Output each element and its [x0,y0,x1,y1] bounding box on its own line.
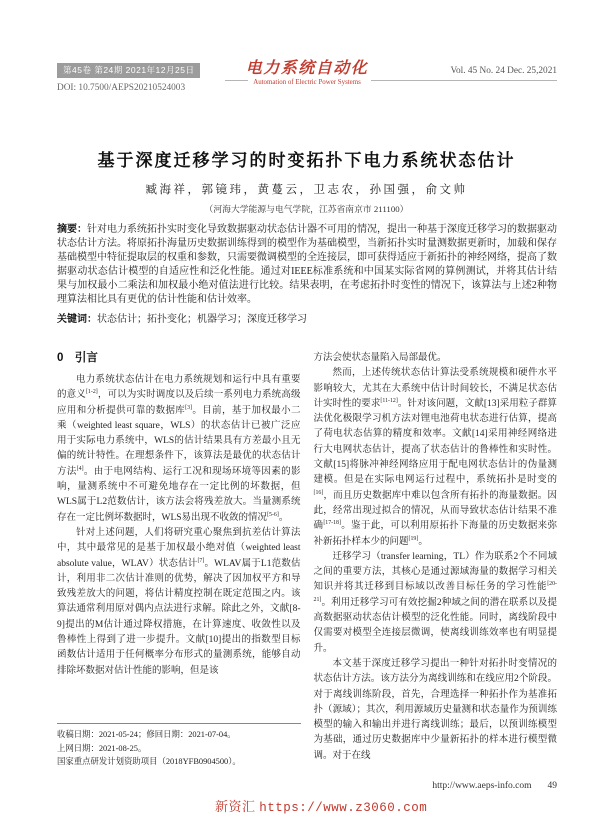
body-paragraph: 方法会使状态量陷入局部最优。 [314,351,558,366]
issue-box: 第45卷 第24期 2021年12月25日 [57,63,200,78]
abstract-label: 摘要： [57,224,87,235]
page-footer: http://www.aeps-info.com49 [426,781,557,791]
received-date: 收稿日期：2021-05-24；修回日期：2021-07-04。 [57,728,301,742]
abstract-text: 针对电力系统拓扑实时变化导致数据驱动状态估计器不可用的情况，提出一种基于深度迁移… [57,224,557,305]
body-paragraph: 迁移学习（transfer learning，TL）作为联系2个不同域之间的重要… [314,550,558,657]
abstract-block: 摘要：针对电力系统拓扑实时变化导致数据驱动状态估计器不可用的情况，提出一种基于深… [57,223,557,327]
body-paragraph: 本文基于深度迁移学习提出一种针对拓扑时变情况的状态估计方法。该方法分为离线训练和… [314,657,558,764]
header-rule-right [371,80,557,81]
online-date: 上网日期：2021-08-25。 [57,742,301,756]
body-columns: 0 引言 电力系统状态估计在电力系统规划和运行中具有重要的意义[1-2]，可以为… [57,351,557,764]
keywords-text: 状态估计；拓扑变化；机器学习；深度迁移学习 [97,314,307,325]
page-number: 49 [548,781,558,791]
journal-header: 第45卷 第24期 2021年12月25日 DOI: 10.7500/AEPS2… [57,60,557,100]
author-list: 臧海祥，郭镜玮，黄蔓云，卫志农，孙国强，俞文帅 [0,181,613,197]
article-title: 基于深度迁移学习的时变拓扑下电力系统状态估计 [0,146,613,171]
body-paragraph: 电力系统状态估计在电力系统规划和运行中具有重要的意义[1-2]，可以为实时调度以… [57,373,301,526]
body-paragraph: 针对上述问题，人们将研究重心聚焦到抗差估计算法中，其中最常见的是基于加权最小绝对… [57,526,301,679]
paper-page: 第45卷 第24期 2021年12月25日 DOI: 10.7500/AEPS2… [0,0,613,825]
watermark: 新资汇 https://www.z3060.com [215,796,427,815]
affiliation: （河海大学能源与电气学院，江苏省南京市 211100） [0,202,613,215]
body-paragraph: 然而，上述传统状态估计算法受系统规模和硬件水平影响较大，尤其在大系统中估计时间较… [314,366,558,550]
journal-name-cn: 电力系统自动化 [227,60,387,78]
journal-url: http://www.aeps-info.com [432,781,531,791]
journal-name-en: Automation of Electric Power Systems [227,78,387,87]
watermark-name: 新资汇 [215,799,256,814]
header-rule-left [225,80,248,81]
journal-logo: 电力系统自动化 Automation of Electric Power Sys… [227,60,387,87]
keywords: 关键词：状态估计；拓扑变化；机器学习；深度迁移学习 [57,313,557,327]
section-heading-introduction: 0 引言 [57,351,301,365]
volume-info: Vol. 45 No. 24 Dec. 25,2021 [451,66,557,76]
footnote-block: 收稿日期：2021-05-24；修回日期：2021-07-04。 上网日期：20… [57,723,301,769]
right-column: 方法会使状态量陷入局部最优。 然而，上述传统状态估计算法受系统规模和硬件水平影响… [314,351,558,764]
funding-note: 国家重点研发计划资助项目（2018YFB0904500）。 [57,755,301,769]
keywords-label: 关键词： [57,314,97,325]
watermark-url: https://www.z3060.com [259,801,427,815]
abstract: 摘要：针对电力系统拓扑实时变化导致数据驱动状态估计器不可用的情况，提出一种基于深… [57,223,557,306]
left-column: 0 引言 电力系统状态估计在电力系统规划和运行中具有重要的意义[1-2]，可以为… [57,351,301,764]
